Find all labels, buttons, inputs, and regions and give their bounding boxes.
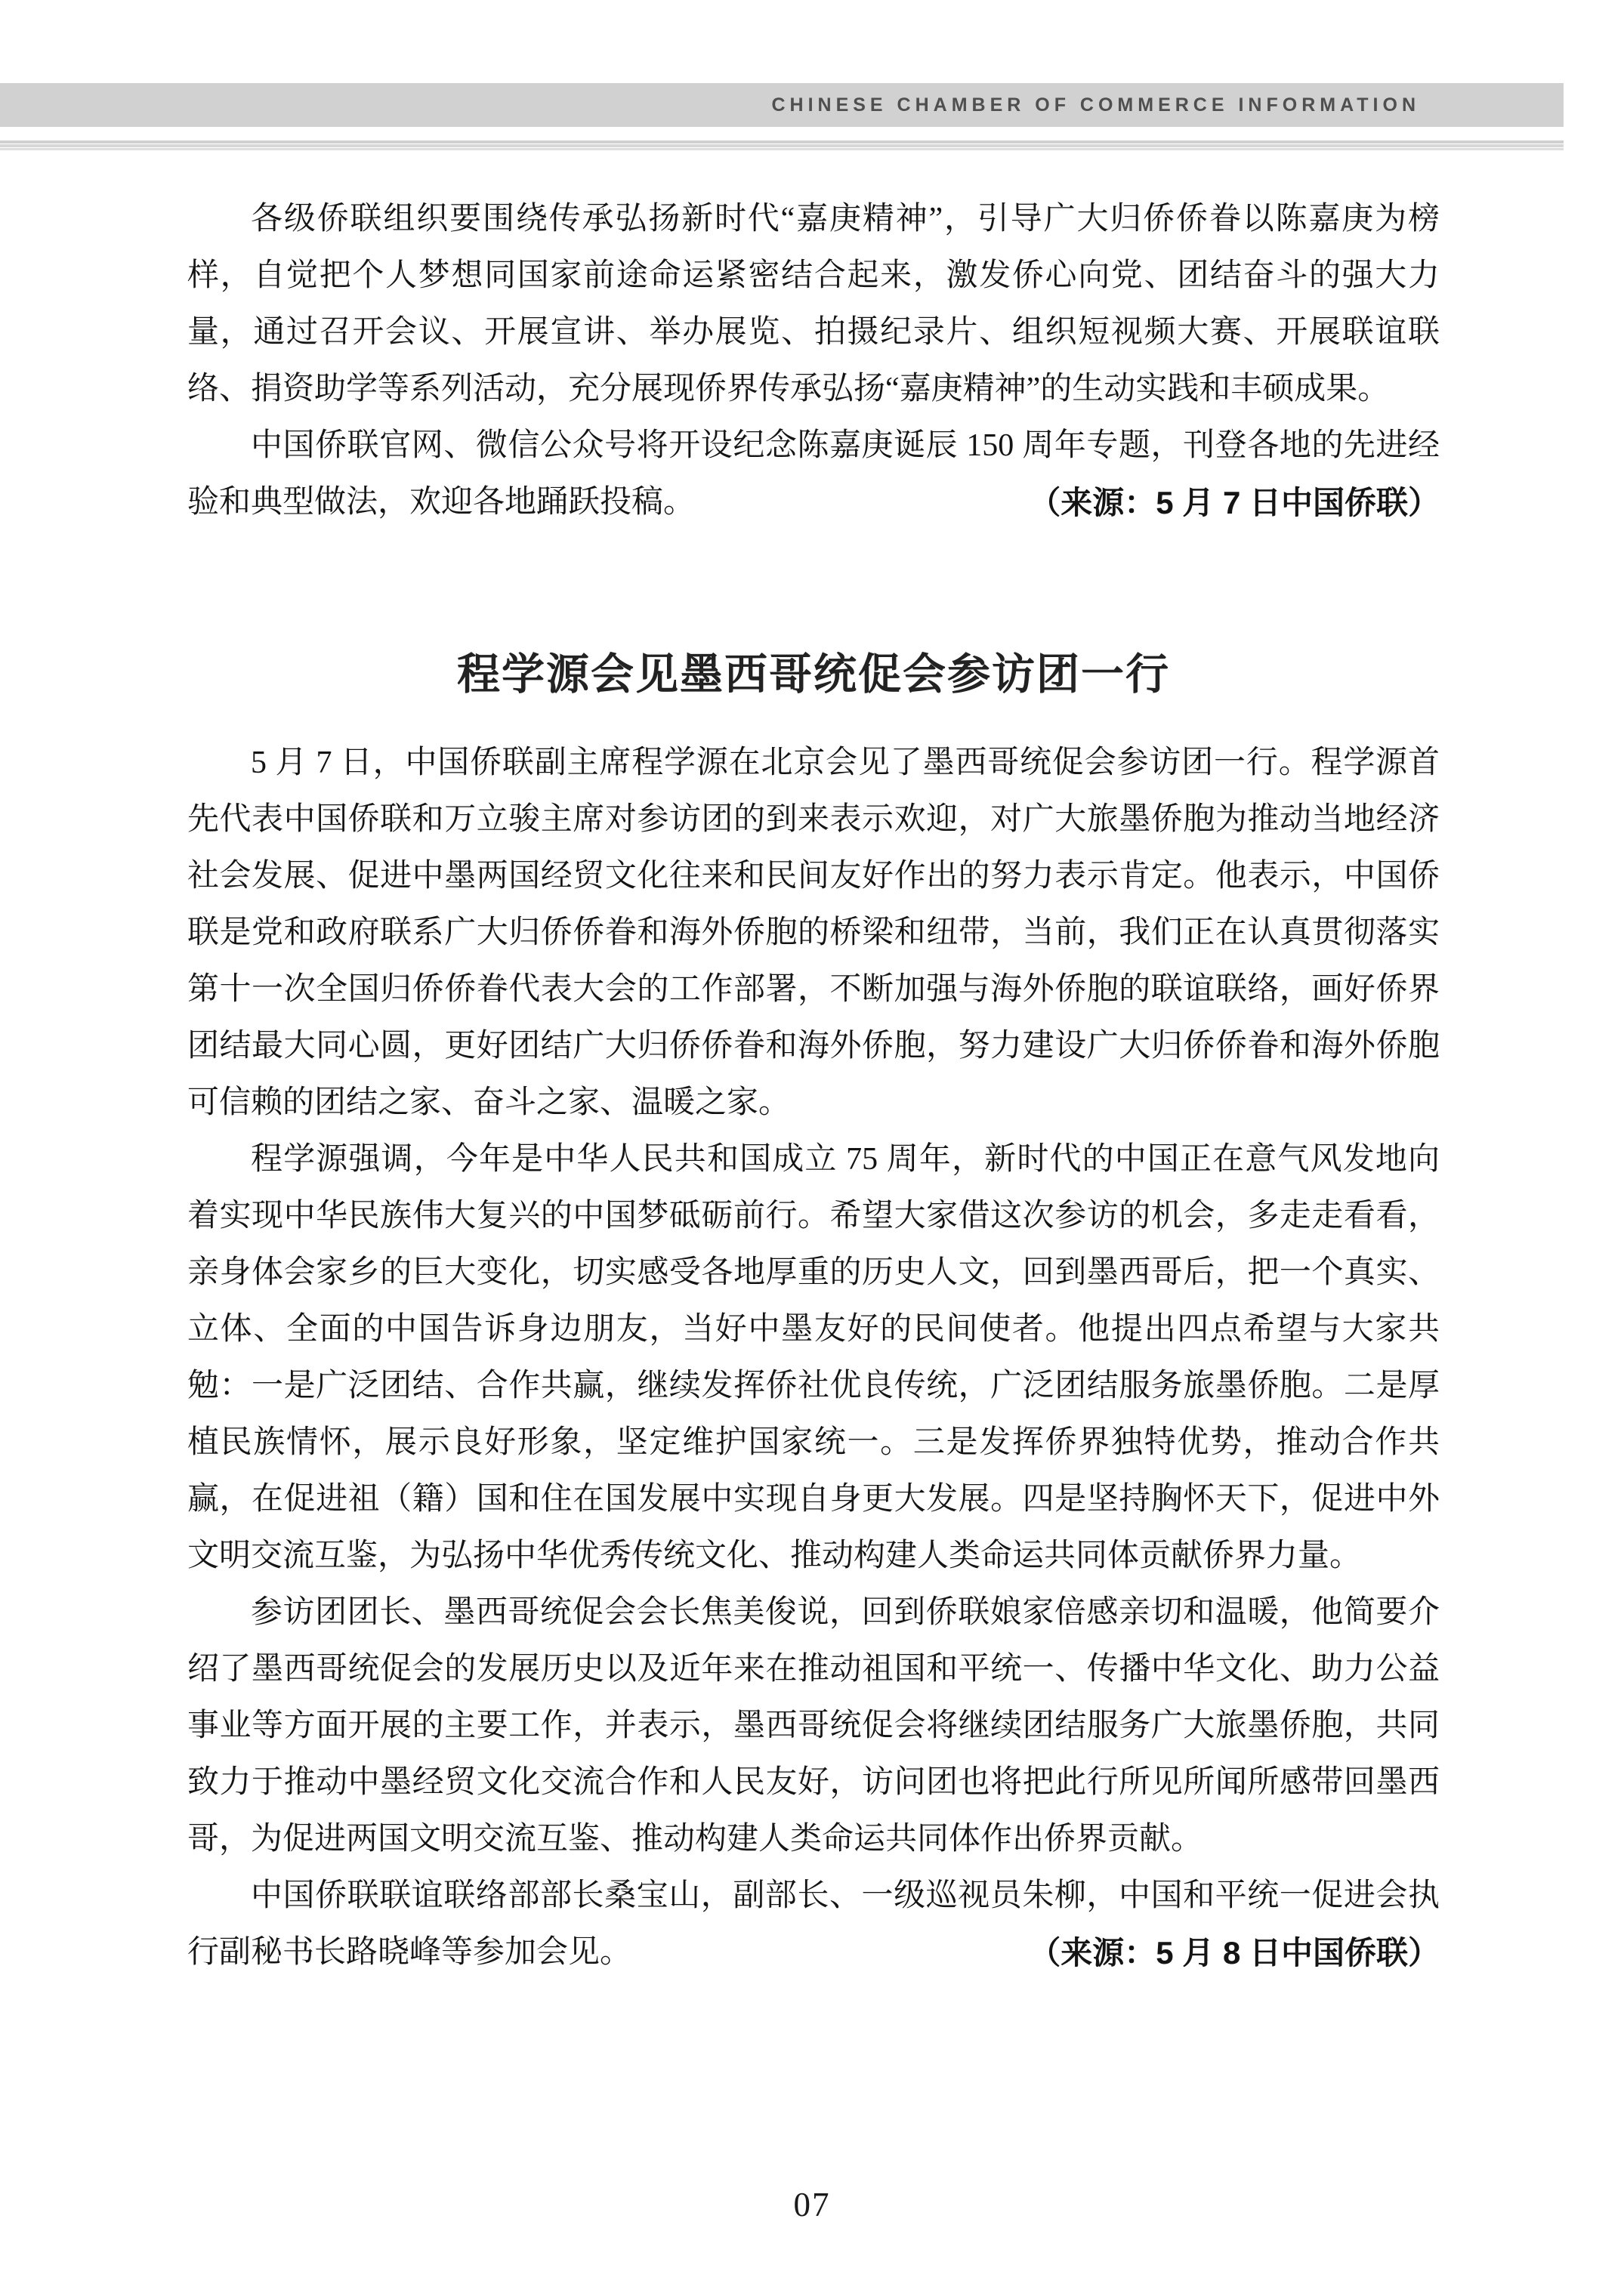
paragraph: 各级侨联组织要围绕传承弘扬新时代“嘉庚精神”，引导广大归侨侨眷以陈嘉庚为榜样，自…: [187, 191, 1440, 418]
paragraph: 中国侨联联谊联络部部长桑宝山，副部长、一级巡视员朱柳，中国和平统一促进会执行副秘…: [187, 1868, 1440, 1981]
document-page: CHINESE CHAMBER OF COMMERCE INFORMATION …: [0, 0, 1624, 2293]
header-stripes-rule: [0, 140, 1564, 150]
paragraph-text: 各级侨联组织要围绕传承弘扬新时代“嘉庚精神”，引导广大归侨侨眷以陈嘉庚为榜样，自…: [187, 202, 1440, 406]
page-number: 07: [0, 2185, 1624, 2224]
source-label: （来源：5 月 7 日中国侨联）: [1029, 474, 1440, 531]
paragraph: 5 月 7 日，中国侨联副主席程学源在北京会见了墨西哥统促会参访团一行。程学源首…: [187, 735, 1440, 1131]
paragraph-text: 5 月 7 日，中国侨联副主席程学源在北京会见了墨西哥统促会参访团一行。程学源首…: [187, 745, 1440, 1120]
source-label: （来源：5 月 8 日中国侨联）: [1029, 1924, 1440, 1981]
header-banner: CHINESE CHAMBER OF COMMERCE INFORMATION: [0, 83, 1564, 127]
article-body: 各级侨联组织要围绕传承弘扬新时代“嘉庚精神”，引导广大归侨侨眷以陈嘉庚为榜样，自…: [187, 191, 1440, 1981]
article-title: 程学源会见墨西哥统促会参访团一行: [187, 637, 1440, 712]
paragraph: 参访团团长、墨西哥统促会会长焦美俊说，回到侨联娘家倍感亲切和温暖，他简要介绍了墨…: [187, 1585, 1440, 1868]
paragraph-text: 参访团团长、墨西哥统促会会长焦美俊说，回到侨联娘家倍感亲切和温暖，他简要介绍了墨…: [187, 1595, 1440, 1856]
paragraph: 程学源强调，今年是中华人民共和国成立 75 周年，新时代的中国正在意气风发地向着…: [187, 1131, 1440, 1585]
header-banner-text: CHINESE CHAMBER OF COMMERCE INFORMATION: [771, 94, 1420, 116]
paragraph: 中国侨联官网、微信公众号将开设纪念陈嘉庚诞辰 150 周年专题，刊登各地的先进经…: [187, 418, 1440, 531]
paragraph-text: 程学源强调，今年是中华人民共和国成立 75 周年，新时代的中国正在意气风发地向着…: [187, 1142, 1440, 1573]
